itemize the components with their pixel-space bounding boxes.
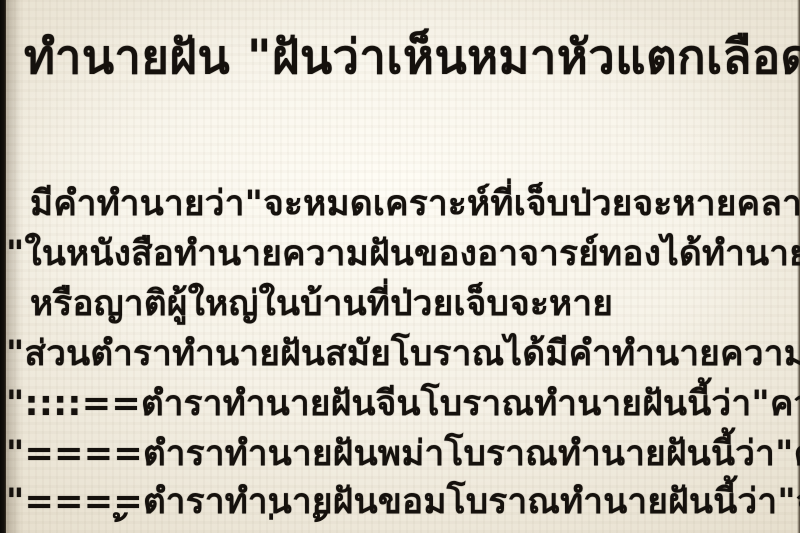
text-line: มีคำทำนายว่า"จะหมดเคราะห์ที่เจ็บป่วยจะหา… bbox=[0, 178, 800, 230]
text-line: "====ตำราทำนายฝันพม่าโบราณทำนายฝันนี้ว่า… bbox=[0, 428, 800, 480]
text-line: "ส่วนตำราทำนายฝันสมัยโบราณได้มีคำทำนายคว… bbox=[0, 328, 800, 380]
text-line: "::::==ตำราทำนายฝันจีนโบราณทำนายฝันนี้ว่… bbox=[0, 378, 800, 430]
dream-interpretation-page: ทำนายฝัน "ฝันว่าเห็นหมาหัวแตกเลือดแดง มี… bbox=[0, 0, 800, 533]
page-title: ทำนายฝัน "ฝันว่าเห็นหมาหัวแตกเลือดแดง bbox=[24, 22, 800, 94]
text-line: "====ตำราทำนายฝันขอมโบราณทำนายฝันนี้ว่า"… bbox=[0, 476, 800, 528]
text-line: "ในหนังสือทำนายความฝันของอาจารย์ทองได้ทำ… bbox=[0, 228, 800, 280]
page-title-text: ทำนายฝัน "ฝันว่าเห็นหมาหัวแตกเลือดแดง bbox=[24, 30, 800, 85]
text-line: หรือญาติผู้ใหญ่ในบ้านที่ป่วยเจ็บจะหาย bbox=[0, 278, 800, 330]
